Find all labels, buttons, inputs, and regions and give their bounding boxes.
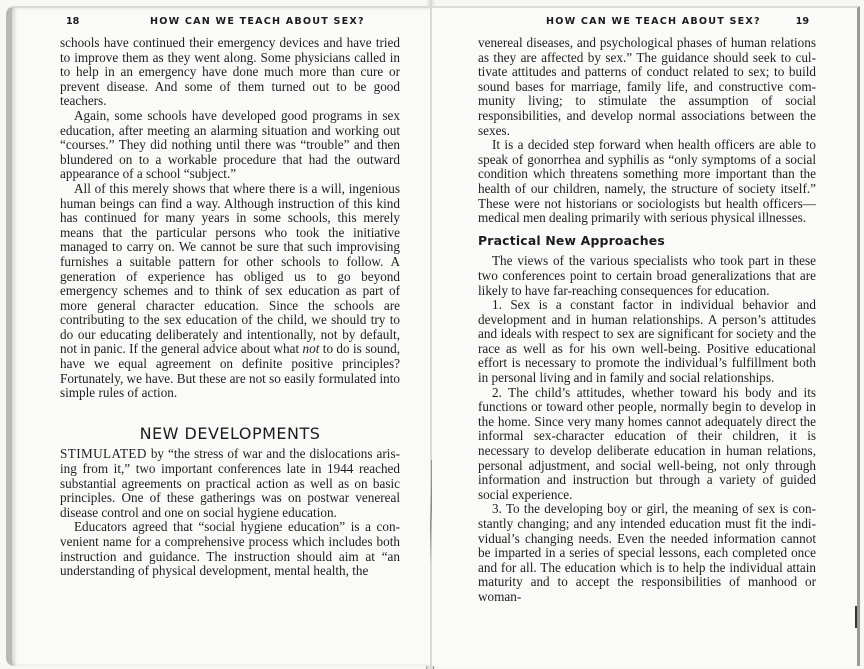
page-number: 19: [796, 16, 809, 27]
page-edge-mark: [855, 606, 857, 628]
lead-word: STIMULATED: [60, 446, 147, 461]
emphasized-word: not: [303, 341, 320, 356]
paragraph: Again, some schools have developed good …: [60, 109, 400, 182]
paragraph: Educators agreed that “social hygiene ed…: [60, 520, 400, 578]
section-heading: NEW DEVELOPMENTS: [60, 427, 400, 442]
running-head: HOW CAN WE TEACH ABOUT SEX?: [546, 16, 761, 27]
paragraph: The views of the various specialists who…: [478, 254, 816, 298]
page-body: schools have continued their emergency d…: [60, 36, 400, 579]
numbered-paragraph: 3. To the developing boy or girl, the me…: [478, 502, 816, 604]
page-body: venereal diseases, and psychological pha…: [478, 36, 816, 605]
page-number: 18: [66, 16, 79, 27]
book-spread: 18 HOW CAN WE TEACH ABOUT SEX? schools h…: [0, 0, 864, 669]
paragraph: All of this merely shows that where ther…: [60, 182, 400, 401]
paragraph: venereal diseases, and psychological pha…: [478, 36, 816, 138]
numbered-paragraph: 1. Sex is a constant factor in individua…: [478, 298, 816, 386]
paragraph: It is a decided step forward when health…: [478, 138, 816, 226]
paragraph: STIMULATED by “the stress of war and the…: [60, 447, 400, 520]
numbered-paragraph: 2. The child’s attitudes, whether toward…: [478, 386, 816, 503]
left-page: 18 HOW CAN WE TEACH ABOUT SEX? schools h…: [6, 6, 430, 666]
subsection-heading: Practical New Approaches: [478, 234, 816, 249]
right-page: HOW CAN WE TEACH ABOUT SEX? 19 venereal …: [432, 6, 860, 666]
paragraph-text: All of this merely shows that where ther…: [60, 181, 400, 357]
paragraph: schools have continued their emergency d…: [60, 36, 400, 109]
running-head: HOW CAN WE TEACH ABOUT SEX?: [150, 16, 365, 27]
